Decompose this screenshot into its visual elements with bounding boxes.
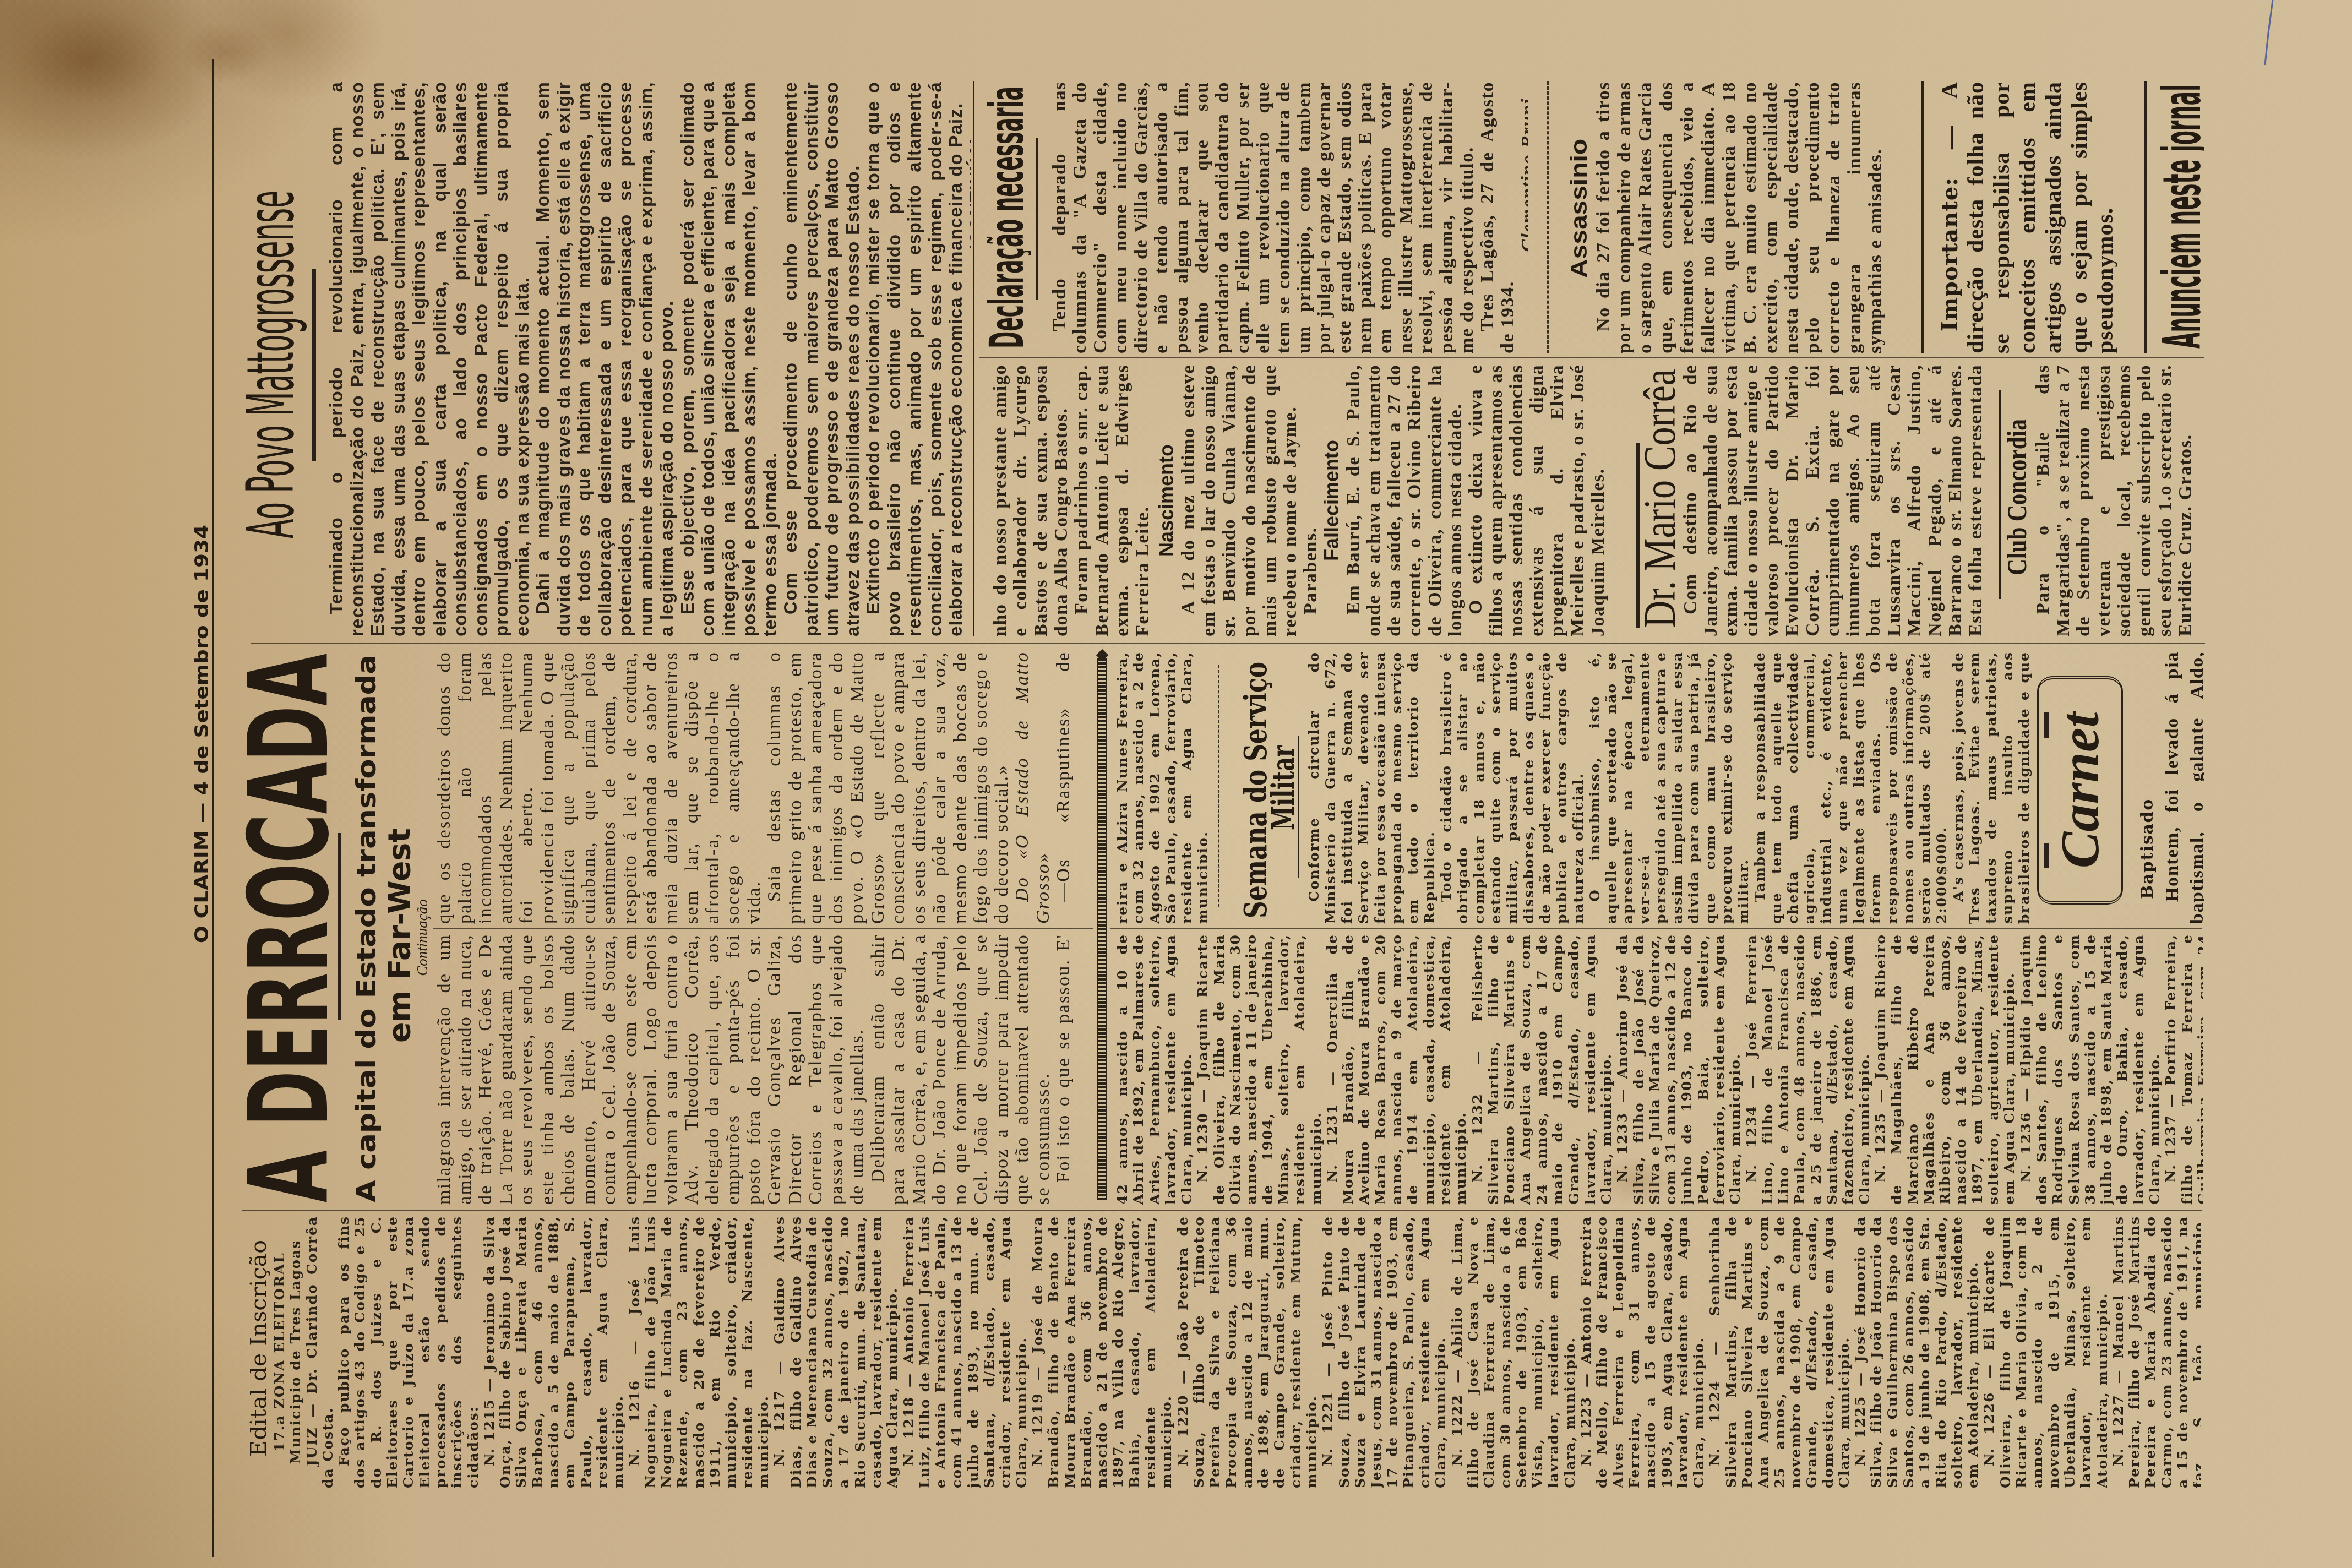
importante-notice: Importante: — A direcção desta folha não… [1937, 81, 2124, 353]
heading-rule [1298, 736, 1299, 878]
headline-rule [338, 833, 341, 1020]
edital-entry: reira e Alzira Nunes Ferreira, com 32 an… [1114, 651, 1207, 924]
edital-entry: N. 1231 — Onercilia de Moura Brandão, fi… [1324, 934, 1469, 1205]
article-paragraph: Todo o cidadão brasileiro é obrigado a s… [1438, 651, 1587, 924]
club-concordia-title: Club Concordia [2004, 419, 2032, 575]
section-rule [1636, 443, 1640, 628]
nascimento-title: Nascimento [1155, 364, 1178, 636]
masthead-rule [212, 59, 214, 1557]
article-paragraph: Tambem a responsabilidade que tem todo a… [1752, 651, 1950, 924]
derrocada-subtitle: A capital do Estado transformada [350, 651, 382, 1205]
assassinio-heading: Assassinio [1566, 137, 1591, 280]
edital-entry: N. 1218 — Antonio Ferreira Luiz, filho d… [901, 1216, 1030, 1488]
article-paragraph: Para o "Baile das Margaridas", a se real… [2033, 364, 2196, 636]
derrocada-subtitle-2: em Far-West [382, 826, 415, 1044]
article-paragraph: O insubmisso, isto é, aquelle que sortea… [1587, 651, 1752, 924]
edital-judge: JUIZ — Dr. Clarindo Corrêa da Costa. [304, 1216, 336, 1488]
article-paragraph: O extincto deixa viuva e filhos a quem a… [1466, 364, 1608, 636]
edital-entry: N. 1235 — Joaquim Ribeiro de Magalhães, … [1872, 934, 2018, 1205]
declaracao-place-date: Tres Lagôas, 27 de Agosto de 1934. [1477, 81, 1518, 353]
nascimento-body: A 12 do mez ultimo esteve em festas o la… [1178, 364, 1321, 636]
article-paragraph: que os desordeiros donos do palacio não … [434, 651, 764, 924]
column-separator [1110, 928, 2202, 929]
article-paragraph: Deliberaram então sahir para assaltar a … [868, 934, 1054, 1205]
article-paragraph: Extincto o periodo revolucionario, miste… [863, 81, 966, 636]
semana-title-line-1: Semana do Serviço [1239, 662, 1274, 918]
club-concordia-heading: Club Concordia [2004, 416, 2032, 577]
edital-intro: Faço publico para os fins dos artigos 43… [336, 1216, 481, 1488]
article-paragraph: A's casernas, pois, jovens de Tres Lagoa… [1950, 651, 2034, 924]
assassinio-title: Assassinio [1566, 139, 1591, 278]
article-paragraph: Dahi a magnitude do momento actual. Mome… [532, 81, 677, 636]
article-paragraph: Conforme circular do Ministerio da Guerr… [1306, 651, 1438, 924]
club-concordia-body: Para o "Baile das Margaridas", a se real… [2033, 364, 2204, 636]
fallecimento-body: Em Baurú, E. de S. Paulo, onde se achava… [1343, 364, 1632, 636]
anuncio-title: Anunciem neste jornal [2158, 84, 2204, 349]
derrocada-headline: A DERROCADA [242, 651, 333, 1205]
ao-povo-title: Ao Povo Mattogrossense [242, 190, 308, 538]
article-paragraph: —Os «Rasputines» de Cuiabá e do resto do… [1053, 651, 1074, 924]
edital-entry: 42 annos, nascido a 10 de Abril de 1892,… [1114, 934, 1195, 1205]
baptisado-section: Baptisado Hontem, foi levado á pia bapti… [2135, 651, 2204, 924]
declaracao-title: Declaração necessaria [987, 86, 1031, 349]
baptisado-title: Baptisado [2135, 651, 2160, 924]
edital-entry: N. 1233 — Anorino José da Silva, filho d… [1614, 934, 1743, 1205]
derrocada-subtitle-line-2: em Far-West [382, 828, 415, 1043]
fallecimento-title: Fallecimento [1320, 364, 1343, 636]
derrocada-column-b: que os desordeiros donos do palacio não … [434, 651, 1074, 924]
column-separator [251, 643, 2205, 644]
section-rule [1999, 390, 2001, 599]
edital-entry: N. 1223 — Antonio Ferreira de Mello, fil… [1578, 1216, 1707, 1488]
declaracao-signature: Clementino Bruni [1518, 81, 1528, 353]
edital-entry: N. 1232 — Felisberto Silveira Martins, f… [1469, 934, 1615, 1205]
column-separator [979, 357, 2204, 358]
article-paragraph: Tendo deparado nas columnas da "A Gazeta… [1049, 81, 1477, 353]
carnet-ornament [2044, 712, 2049, 738]
edital-municipality: Municipio de Tres Lagoas [287, 1216, 303, 1488]
ao-povo-heading: Ao Povo Mattogrossense [242, 188, 308, 541]
edital-entry: N. 1219 — José de Moura Brandão, filho d… [1030, 1216, 1175, 1488]
column-separator [433, 928, 1093, 929]
edital-entry: N. 1215 — Jeronimo da Silva Onça, filho … [481, 1216, 627, 1488]
importante-text: — A direcção desta folha não se responsa… [1937, 81, 2118, 353]
semana-heading-2: Militar [1270, 743, 1298, 831]
article-paragraph: Foi isto o que se passou. E' incrivel, m… [1053, 934, 1074, 1205]
masthead-text: O CLARIM — 4 de Setembro de 1934 [191, 525, 213, 943]
masthead: O CLARIM — 4 de Setembro de 1934 [189, 523, 213, 944]
section-rule [1921, 81, 1924, 353]
edital-entry: N. 1237 — Porfirio Ferreira, filho de To… [2163, 934, 2203, 1205]
edital-entry: N. 1220 — João Pereira de Souza, filho d… [1175, 1216, 1320, 1488]
article-paragraph: Esse objectivo, porem, somente poderá se… [677, 81, 781, 636]
edital-entry: N. 1224 — Senhorinha Silveira Martins, f… [1707, 1216, 1852, 1488]
edital-heading: Edital de Inscrição [245, 1238, 271, 1458]
ao-povo-body: Terminado o periodo revolucionario com a… [326, 81, 971, 636]
derrocada-column-a: milagrosa intervenção de um amigo, de se… [434, 934, 1074, 1205]
heading-rule [312, 269, 316, 461]
heading-rule [1036, 138, 1038, 300]
section-rule [973, 81, 974, 636]
article-paragraph: Com destino ao Rio de Janeiro, acompanha… [1680, 364, 1989, 636]
article-paragraph: Saia destas columnas o primeiro grito de… [764, 651, 1012, 924]
article-source: Do «O Estado de Matto Grosso» [1012, 651, 1053, 924]
article-paragraph: Parabens. [1300, 364, 1321, 636]
article-paragraph: Foram padrinhos o snr. cap. Bernardo Ant… [1071, 364, 1153, 636]
article-paragraph: No dia 27 foi ferido a tiros por um comp… [1593, 81, 1886, 353]
continuation-note: Continuação [413, 858, 432, 1017]
edital-entry: N. 1222 — Abilio de Lima, filho de José … [1449, 1216, 1578, 1488]
importante-lead: Importante: [1937, 177, 1963, 331]
edital-entry: N. 1216 — José Luis Nogueira, filho de J… [627, 1216, 772, 1488]
semana-heading: Semana do Serviço [1239, 660, 1274, 919]
carnet-box: Carnet [2037, 676, 2123, 905]
continues-label: (CONTINÚA) [966, 81, 972, 636]
edital-zone: 17.a ZONA ELEITORAL [271, 1216, 287, 1488]
edital-entry: N. 1230 — Joaquim Ricarte de Oliveira, f… [1195, 934, 1324, 1205]
carnet-title: Carnet [2039, 679, 2121, 901]
importante-paragraph: Importante: — A direcção desta folha não… [1937, 81, 2119, 353]
article-paragraph: A 12 do mez ultimo esteve em festas o la… [1178, 364, 1300, 636]
edital-column-3: reira e Alzira Nunes Ferreira, com 32 an… [1114, 651, 1207, 924]
article-paragraph: Em Baurú, E. de S. Paulo, onde se achava… [1343, 364, 1466, 636]
section-divider [1547, 81, 1549, 353]
edital-entry: N. 1221 — José Pinto de Souza, filho de … [1320, 1216, 1449, 1488]
declaracao-body: Tendo deparado nas columnas da "A Gazeta… [1049, 81, 1528, 353]
mario-correa-body: Com destino ao Rio de Janeiro, acompanha… [1680, 364, 1989, 636]
carnet-ornament [2044, 843, 2049, 868]
edital-entry: N. 1227 — Manoel Martins Pereira, filho … [2110, 1216, 2201, 1488]
edital-entry: N. 1225 — José Honorio da Silva, filho d… [1852, 1216, 1981, 1488]
article-paragraph: Terminado o periodo revolucionario com a… [326, 81, 532, 636]
edital-title: Edital de Inscrição [246, 1240, 271, 1457]
edital-column-1: 17.a ZONA ELEITORAL Municipio de Tres La… [271, 1216, 2201, 1488]
edital-entry: N. 1234 — José Ferreira Lino, filho de M… [1744, 934, 1872, 1205]
article-paragraph: Hontem, foi levado á pia baptismal, o ga… [2160, 651, 2204, 924]
article-paragraph: nho do nosso prestante amigo e collabora… [990, 364, 1071, 636]
declaracao-heading: Declaração necessaria [987, 83, 1031, 350]
edital-column-2: 42 annos, nascido a 10 de Abril de 1892,… [1114, 934, 2203, 1205]
anuncio-heading: Anunciem neste jornal [2158, 81, 2204, 350]
assassinio-body: No dia 27 foi ferido a tiros por um comp… [1593, 81, 1907, 353]
semana-title-line-2: Militar [1270, 745, 1298, 830]
edital-entry: N. 1236 — Elpidio Joaquim dos Santos, fi… [2018, 934, 2163, 1205]
edital-entry: N. 1217 — Galdino Alves Dias, filho de G… [771, 1216, 900, 1488]
mario-correa-title: Dr. Mario Corrêa [1641, 369, 1681, 628]
mario-correa-heading: Dr. Mario Corrêa [1641, 365, 1681, 629]
section-divider [1218, 665, 1219, 907]
edital-entry: N. 1226 — Eli Ricarte de Oliveira, filho… [1981, 1216, 2110, 1488]
derrocada-title: A DERROCADA [242, 654, 333, 1202]
newspaper-page: O CLARIM — 4 de Setembro de 1934 A DERRO… [0, 0, 2352, 1568]
derrocada-subtitle-line-1: A capital do Estado transformada [351, 655, 382, 1202]
baptisado-continued: nho do nosso prestante amigo e collabora… [990, 364, 1155, 636]
column-separator [242, 1210, 2202, 1211]
article-paragraph: Com esse procedimento de cunho eminentem… [780, 81, 863, 636]
section-rule [2144, 81, 2147, 353]
article-paragraph: milagrosa intervenção de um amigo, de se… [434, 934, 868, 1205]
semana-body: Conforme circular do Ministerio da Guerr… [1306, 651, 2034, 924]
ornamental-divider [1097, 658, 1107, 1200]
